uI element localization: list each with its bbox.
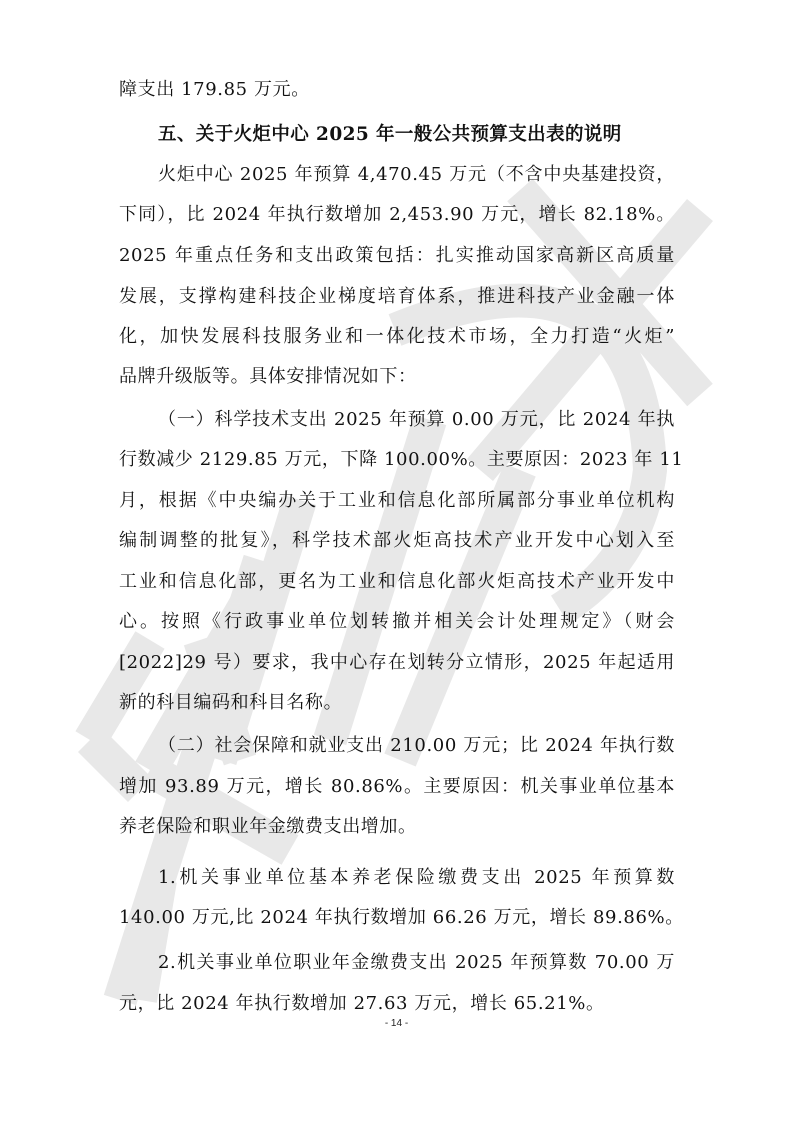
paragraph-line: 发展，支撑构建科技企业梯度培育体系，推进科技产业金融一体 (119, 285, 675, 309)
section-heading: 五、关于火炬中心 2025 年一般公共预算支出表的说明 (158, 123, 622, 147)
paragraph-line: 140.00 万元,比 2024 年执行数增加 66.26 万元，增长 89.8… (119, 906, 675, 930)
paragraph-line: 化，加快发展科技服务业和一体化技术市场，全力打造“火炬” (119, 325, 675, 349)
paragraph-line: 养老保险和职业年金缴费支出增加。 (119, 815, 675, 839)
paragraph-line: 心。按照《行政事业单位划转撤并相关会计处理规定》（财会 (119, 610, 675, 634)
paragraph-line: 1.机关事业单位基本养老保险缴费支出 2025 年预算数 (158, 866, 675, 890)
page-number: - 14 - (0, 1018, 793, 1029)
paragraph-line: 增加 93.89 万元，增长 80.86%。主要原因：机关事业单位基本 (119, 775, 675, 799)
paragraph-line: 行数减少 2129.85 万元，下降 100.00%。主要原因：2023 年 1… (119, 448, 675, 472)
paragraph-line: （二）社会保障和就业支出 210.00 万元；比 2024 年执行数 (158, 734, 675, 758)
document-page: 障支出 179.85 万元。 五、关于火炬中心 2025 年一般公共预算支出表的… (0, 0, 793, 1122)
paragraph-line: 工业和信息化部，更名为工业和信息化部火炬高技术产业开发中 (119, 570, 675, 594)
paragraph-line: 下同），比 2024 年执行数增加 2,453.90 万元，增长 82.18%。 (119, 203, 675, 227)
paragraph-line: 新的科目编码和科目名称。 (119, 691, 675, 715)
paragraph-line: 障支出 179.85 万元。 (119, 78, 675, 102)
paragraph-line: 月，根据《中央编办关于工业和信息化部所属部分事业单位机构 (119, 489, 675, 513)
paragraph-line: 元，比 2024 年执行数增加 27.63 万元，增长 65.21%。 (119, 992, 675, 1016)
paragraph-line: 编制调整的批复》，科学技术部火炬高技术产业开发中心划入至 (119, 529, 675, 553)
paragraph-line: [2022]29 号）要求，我中心存在划转分立情形，2025 年起适用 (119, 651, 675, 675)
paragraph-line: 品牌升级版等。具体安排情况如下： (119, 365, 675, 389)
paragraph-line: （一）科学技术支出 2025 年预算 0.00 万元，比 2024 年执 (158, 408, 675, 432)
paragraph-line: 火炬中心 2025 年预算 4,470.45 万元（不含中央基建投资， (158, 163, 675, 187)
paragraph-line: 2.机关事业单位职业年金缴费支出 2025 年预算数 70.00 万 (158, 951, 675, 975)
paragraph-line: 2025 年重点任务和支出政策包括：扎实推动国家高新区高质量 (119, 244, 675, 268)
